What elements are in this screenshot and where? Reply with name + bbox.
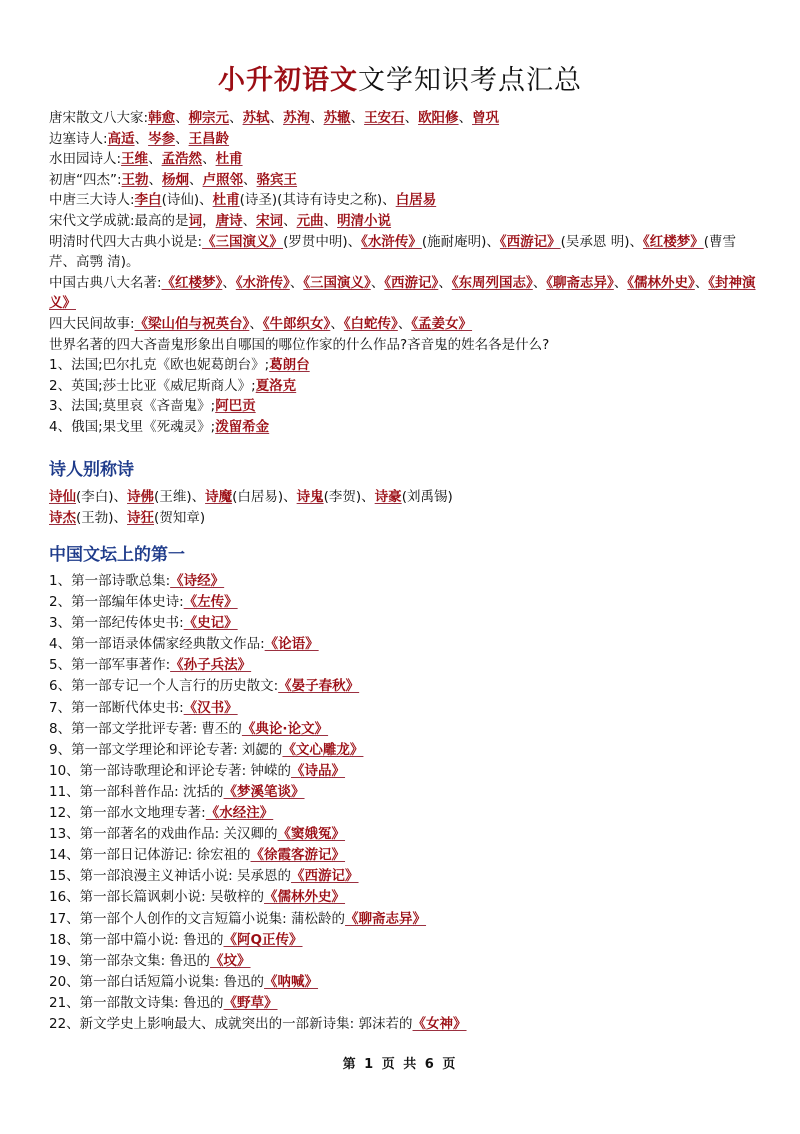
book-title: 《论语》	[265, 636, 319, 652]
first-description: 20、第一部白话短篇小说集: 鲁迅的	[49, 974, 264, 990]
separator: 、	[459, 110, 473, 126]
highlight: 王安石	[364, 110, 405, 126]
highlight: 王昌龄	[189, 131, 230, 147]
first-item: 9、第一部文学理论和评论专著: 刘勰的《文心雕龙》	[49, 740, 467, 761]
first-description: 12、第一部水文地理专著:	[49, 805, 206, 821]
book-title: 《晏子春秋》	[278, 678, 359, 694]
highlight: 曾巩	[472, 110, 499, 126]
first-description: 6、第一部专记一个人言行的历史散文:	[49, 678, 278, 694]
miser-name: 泼留希金	[215, 419, 269, 435]
highlight: 苏洵	[283, 110, 310, 126]
highlight: 宋词	[256, 213, 283, 229]
book-title: 《汉书》	[184, 700, 238, 716]
tang-three-poets: 中唐三大诗人:李白(诗仙)、杜甫(诗圣)(其诗有诗史之称)、白居易	[49, 190, 759, 211]
label: 宋代文学成就:最高的是	[49, 213, 189, 229]
section-heading-firsts: 中国文坛上的第一	[49, 540, 185, 565]
intro-line-0: 唐宋散文八大家:韩愈、柳宗元、苏轼、苏洵、苏辙、王安石、欧阳修、曾巩	[49, 108, 759, 129]
separator: 、	[324, 213, 338, 229]
miser-source: 1、法国;巴尔扎克《欧也妮葛朗台》;	[49, 357, 269, 373]
first-description: 17、第一部个人创作的文言短篇小说集: 蒲松龄的	[49, 911, 345, 927]
poet-alias: 诗仙	[49, 489, 76, 505]
intro-line-1: 边塞诗人:高适、岑参、王昌龄	[49, 129, 759, 150]
intro-section: 唐宋散文八大家:韩愈、柳宗元、苏轼、苏洵、苏辙、王安石、欧阳修、曾巩 边塞诗人:…	[49, 108, 759, 438]
label: 唐宋散文八大家:	[49, 110, 148, 126]
book-title: 《窦娥冤》	[278, 826, 346, 842]
highlight: 杜甫	[213, 192, 240, 208]
book-title: 《诗品》	[291, 763, 345, 779]
highlight: 高适	[108, 131, 135, 147]
separator: 、	[189, 172, 203, 188]
first-description: 11、第一部科普作品: 沈括的	[49, 784, 224, 800]
poet-alias: 诗魔	[205, 489, 232, 505]
book-title: 《西游记》	[291, 868, 359, 884]
miser-item: 1、法国;巴尔扎克《欧也妮葛朗台》;葛朗台	[49, 355, 759, 376]
first-description: 22、新文学史上影响最大、成就突出的一部新诗集: 郭沫若的	[49, 1016, 413, 1032]
highlight: 《水浒传》	[236, 275, 290, 291]
separator: 、	[149, 172, 163, 188]
book-title: 《水浒传》	[361, 234, 422, 250]
highlight: 元曲	[297, 213, 324, 229]
highlight: 韩愈	[148, 110, 175, 126]
ming-qing-novels: 明清时代四大古典小说是:《三国演义》(罗贯中明)、《水浒传》(施耐庵明)、《西游…	[49, 232, 759, 273]
first-item: 19、第一部杂文集: 鲁迅的《坟》	[49, 951, 467, 972]
first-description: 3、第一部纪传体史书:	[49, 615, 184, 631]
page-title: 小升初语文文学知识考点汇总	[0, 58, 800, 97]
label: 明清时代四大古典小说是:	[49, 234, 202, 250]
highlight: 柳宗元	[189, 110, 230, 126]
note: (诗圣)(其诗有诗史之称)、	[240, 192, 396, 208]
first-item: 6、第一部专记一个人言行的历史散文:《晏子春秋》	[49, 676, 467, 697]
poet-aliases-line-2: 诗杰(王勃)、诗狂(贺知章)	[49, 508, 453, 529]
first-item: 14、第一部日记体游记: 徐宏祖的《徐霞客游记》	[49, 845, 467, 866]
page-footer: 第 1 页 共 6 页	[0, 1053, 800, 1072]
highlight: 《梁山伯与祝英台》	[135, 316, 250, 332]
first-description: 13、第一部著名的戏曲作品: 关汉卿的	[49, 826, 278, 842]
first-item: 11、第一部科普作品: 沈括的《梦溪笔谈》	[49, 782, 467, 803]
first-description: 19、第一部杂文集: 鲁迅的	[49, 953, 210, 969]
separator: 、	[175, 131, 189, 147]
highlight: 《西游记》	[384, 275, 438, 291]
separator: 、	[351, 110, 365, 126]
label: 中国古典八大名著:	[49, 275, 162, 291]
book-title: 《典论·论文》	[242, 721, 328, 737]
separator: 、	[243, 172, 257, 188]
song-achievements: 宋代文学成就:最高的是词，唐诗、宋词、元曲、明清小说	[49, 211, 759, 232]
separator: 、	[270, 110, 284, 126]
section-heading-poet-aliases: 诗人别称诗	[49, 455, 134, 480]
poet-name: (李白)、	[76, 489, 127, 505]
author-note: (罗贯中明)、	[283, 234, 361, 250]
first-description: 16、第一部长篇讽刺小说: 吴敬梓的	[49, 889, 264, 905]
miser-name: 夏洛克	[256, 378, 297, 394]
miser-item: 2、英国;莎士比亚《威尼斯商人》;夏洛克	[49, 376, 759, 397]
book-title: 《野草》	[224, 995, 278, 1011]
highlight: 唐诗	[216, 213, 243, 229]
first-item: 8、第一部文学批评专著: 曹丕的《典论·论文》	[49, 719, 467, 740]
highlight: 词	[189, 213, 203, 229]
separator: 、	[614, 275, 628, 291]
label: 水田园诗人:	[49, 151, 121, 167]
separator: 、	[222, 275, 236, 291]
first-item: 5、第一部军事著作:《孙子兵法》	[49, 655, 467, 676]
separator: 、	[695, 275, 709, 291]
book-title: 《史记》	[184, 615, 238, 631]
highlight: 杜甫	[216, 151, 243, 167]
miser-name: 阿巴贡	[215, 398, 256, 414]
highlight: 苏轼	[243, 110, 270, 126]
poet-name: (李贺)、	[324, 489, 375, 505]
separator: 、	[202, 151, 216, 167]
poet-aliases: 诗仙(李白)、诗佛(王维)、诗魔(白居易)、诗鬼(李贺)、诗豪(刘禹锡) 诗杰(…	[49, 487, 453, 529]
separator: 、	[290, 275, 304, 291]
highlight: 《聊斋志异》	[546, 275, 614, 291]
miser-source: 4、俄国;果戈里《死魂灵》;	[49, 419, 215, 435]
first-description: 4、第一部语录体儒家经典散文作品:	[49, 636, 265, 652]
poet-name: (王勃)、	[76, 510, 127, 526]
poet-alias: 诗豪	[375, 489, 402, 505]
poet-alias: 诗鬼	[297, 489, 324, 505]
first-item: 2、第一部编年体史诗:《左传》	[49, 592, 467, 613]
miser-item: 3、法国;莫里哀《吝啬鬼》;阿巴贡	[49, 396, 759, 417]
highlight: 李白	[135, 192, 162, 208]
book-title: 《水经注》	[206, 805, 274, 821]
first-description: 10、第一部诗歌理论和评论专著: 钟嵘的	[49, 763, 291, 779]
book-title: 《儒林外史》	[264, 889, 345, 905]
poet-alias: 诗狂	[127, 510, 154, 526]
highlight: 杨炯	[162, 172, 189, 188]
highlight: 白居易	[396, 192, 437, 208]
author-note: (施耐庵明)、	[422, 234, 500, 250]
note: (诗仙)、	[162, 192, 213, 208]
highlight: 《东周列国志》	[452, 275, 533, 291]
separator: 、	[283, 213, 297, 229]
first-item: 7、第一部断代体史书:《汉书》	[49, 698, 467, 719]
label: 初唐“四杰”:	[49, 172, 122, 188]
book-title: 《左传》	[184, 594, 238, 610]
highlight: 明清小说	[337, 213, 391, 229]
separator: 、	[398, 316, 412, 332]
label: 中唐三大诗人:	[49, 192, 135, 208]
book-title: 《文心雕龙》	[282, 742, 363, 758]
highlight: 《孟姜女》	[411, 316, 472, 332]
highlight: 骆宾王	[257, 172, 298, 188]
first-item: 1、第一部诗歌总集:《诗经》	[49, 571, 467, 592]
first-item: 21、第一部散文诗集: 鲁迅的《野草》	[49, 993, 467, 1014]
title-rest: 文学知识考点汇总	[358, 65, 582, 96]
separator: 、	[175, 110, 189, 126]
first-description: 1、第一部诗歌总集:	[49, 573, 170, 589]
first-item: 10、第一部诗歌理论和评论专著: 钟嵘的《诗品》	[49, 761, 467, 782]
first-description: 9、第一部文学理论和评论专著: 刘勰的	[49, 742, 282, 758]
first-item: 22、新文学史上影响最大、成就突出的一部新诗集: 郭沫若的《女神》	[49, 1014, 467, 1035]
highlight: 岑参	[148, 131, 175, 147]
miser-item: 4、俄国;果戈里《死魂灵》;泼留希金	[49, 417, 759, 438]
poet-name: (贺知章)	[154, 510, 205, 526]
separator: ，	[202, 213, 216, 229]
highlight: 卢照邻	[203, 172, 244, 188]
first-item: 17、第一部个人创作的文言短篇小说集: 蒲松龄的《聊斋志异》	[49, 909, 467, 930]
folk-tales: 四大民间故事:《梁山伯与祝英台》、《牛郎织女》、《白蛇传》、《孟姜女》	[49, 314, 759, 335]
label: 四大民间故事:	[49, 316, 135, 332]
miser-name: 葛朗台	[269, 357, 310, 373]
first-item: 18、第一部中篇小说: 鲁迅的《阿Q正传》	[49, 930, 467, 951]
first-item: 13、第一部著名的戏曲作品: 关汉卿的《窦娥冤》	[49, 824, 467, 845]
first-description: 8、第一部文学批评专著: 曹丕的	[49, 721, 242, 737]
book-title: 《呐喊》	[264, 974, 318, 990]
first-description: 2、第一部编年体史诗:	[49, 594, 184, 610]
poet-alias: 诗杰	[49, 510, 76, 526]
title-highlight: 小升初语文	[218, 65, 358, 96]
separator: 、	[135, 131, 149, 147]
misers-question: 世界名著的四大吝啬鬼形象出自哪国的哪位作家的什么作品?吝音鬼的姓名各是什么?	[49, 335, 759, 356]
separator: 、	[249, 316, 263, 332]
misers-list: 1、法国;巴尔扎克《欧也妮葛朗台》;葛朗台2、英国;莎士比亚《威尼斯商人》;夏洛…	[49, 355, 759, 437]
first-description: 5、第一部军事著作:	[49, 657, 170, 673]
separator: 、	[243, 213, 257, 229]
first-description: 7、第一部断代体史书:	[49, 700, 184, 716]
highlight: 《儒林外史》	[627, 275, 695, 291]
separator: 、	[438, 275, 452, 291]
book-title: 《坟》	[210, 953, 251, 969]
book-title: 《红楼梦》	[643, 234, 704, 250]
first-description: 14、第一部日记体游记: 徐宏祖的	[49, 847, 251, 863]
separator: 、	[371, 275, 385, 291]
poet-alias: 诗佛	[127, 489, 154, 505]
highlight: 欧阳修	[418, 110, 459, 126]
firsts-list: 1、第一部诗歌总集:《诗经》2、第一部编年体史诗:《左传》3、第一部纪传体史书:…	[49, 571, 467, 1035]
intro-line-2: 水田园诗人:王维、孟浩然、杜甫	[49, 149, 759, 170]
highlight: 孟浩然	[162, 151, 203, 167]
miser-source: 2、英国;莎士比亚《威尼斯商人》;	[49, 378, 256, 394]
separator: 、	[405, 110, 419, 126]
separator: 、	[310, 110, 324, 126]
book-title: 《梦溪笔谈》	[224, 784, 305, 800]
book-title: 《西游记》	[500, 234, 561, 250]
poet-name: (白居易)、	[232, 489, 297, 505]
author-note: (吴承恩 明)、	[561, 234, 643, 250]
highlight: 王维	[121, 151, 148, 167]
document-page: 小升初语文文学知识考点汇总 唐宋散文八大家:韩愈、柳宗元、苏轼、苏洵、苏辙、王安…	[0, 0, 800, 1134]
first-item: 3、第一部纪传体史书:《史记》	[49, 613, 467, 634]
highlight: 《红楼梦》	[162, 275, 223, 291]
miser-source: 3、法国;莫里哀《吝啬鬼》;	[49, 398, 215, 414]
first-item: 20、第一部白话短篇小说集: 鲁迅的《呐喊》	[49, 972, 467, 993]
first-description: 21、第一部散文诗集: 鲁迅的	[49, 995, 224, 1011]
label: 边塞诗人:	[49, 131, 108, 147]
first-description: 18、第一部中篇小说: 鲁迅的	[49, 932, 224, 948]
book-title: 《三国演义》	[202, 234, 283, 250]
poet-name: (刘禹锡)	[402, 489, 453, 505]
highlight: 《三国演义》	[303, 275, 371, 291]
first-description: 15、第一部浪漫主义神话小说: 吴承恩的	[49, 868, 291, 884]
first-item: 4、第一部语录体儒家经典散文作品:《论语》	[49, 634, 467, 655]
book-title: 《徐霞客游记》	[251, 847, 346, 863]
separator: 、	[330, 316, 344, 332]
highlight: 苏辙	[324, 110, 351, 126]
intro-line-3: 初唐“四杰”:王勃、杨炯、卢照邻、骆宾王	[49, 170, 759, 191]
poet-name: (王维)、	[154, 489, 205, 505]
separator: 、	[148, 151, 162, 167]
first-item: 12、第一部水文地理专著:《水经注》	[49, 803, 467, 824]
eight-classics: 中国古典八大名著:《红楼梦》、《水浒传》、《三国演义》、《西游记》、《东周列国志…	[49, 273, 759, 314]
first-item: 15、第一部浪漫主义神话小说: 吴承恩的《西游记》	[49, 866, 467, 887]
poet-aliases-line-1: 诗仙(李白)、诗佛(王维)、诗魔(白居易)、诗鬼(李贺)、诗豪(刘禹锡)	[49, 487, 453, 508]
separator: 、	[533, 275, 547, 291]
first-item: 16、第一部长篇讽刺小说: 吴敬梓的《儒林外史》	[49, 887, 467, 908]
highlight: 王勃	[122, 172, 149, 188]
book-title: 《女神》	[413, 1016, 467, 1032]
book-title: 《诗经》	[170, 573, 224, 589]
book-title: 《阿Q正传》	[224, 932, 303, 948]
highlight: 《牛郎织女》	[263, 316, 331, 332]
book-title: 《孙子兵法》	[170, 657, 251, 673]
book-title: 《聊斋志异》	[345, 911, 426, 927]
separator: 、	[229, 110, 243, 126]
highlight: 《白蛇传》	[344, 316, 398, 332]
